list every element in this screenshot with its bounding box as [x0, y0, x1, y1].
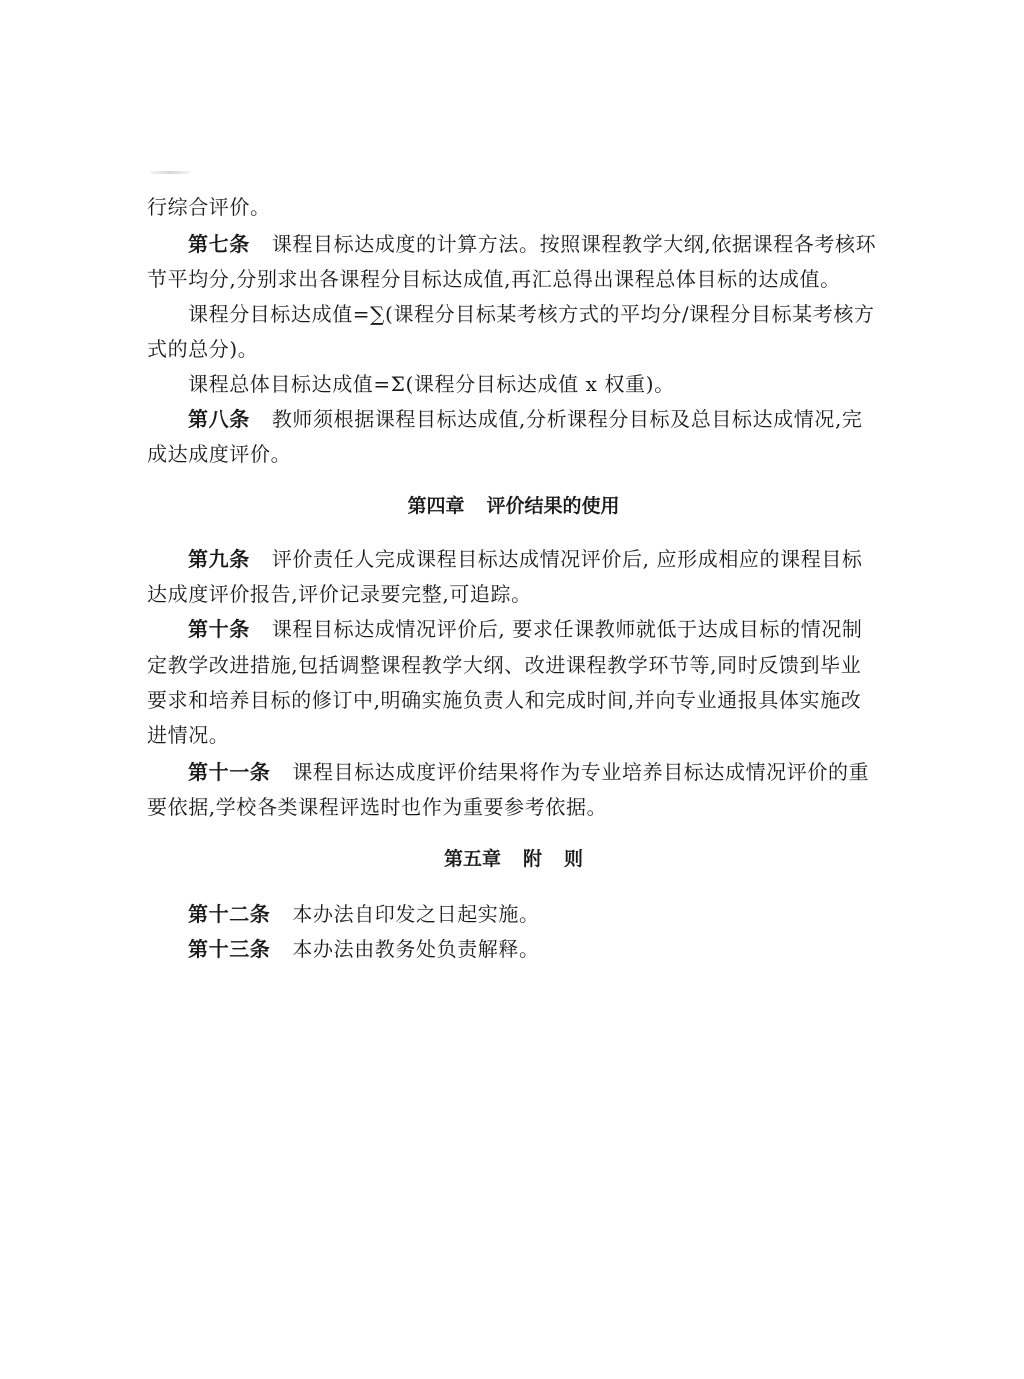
formula-line: 课程分目标达成值=∑(课程分目标某考核方式的平均分/课程分目标某考核方 [188, 300, 875, 328]
chapter-title: 则 [564, 848, 583, 870]
chapter-heading: 第五章附则 [147, 845, 880, 873]
chapter-heading: 第四章评价结果的使用 [147, 492, 880, 520]
chapter-title: 附 [523, 848, 542, 870]
paragraph-line: 定教学改进措施,包括调整课程教学大纲、改进课程教学环节等,同时反馈到毕业 [147, 651, 861, 679]
paragraph-line: 成达成度评价。 [147, 440, 291, 468]
article-13: 第十三条本办法由教务处负责解释。 [188, 935, 540, 963]
article-number: 第八条 [188, 407, 250, 431]
article-number: 第七条 [188, 232, 250, 256]
article-text: 课程目标达成情况评价后, 要求任课教师就低于达成目标的情况制 [272, 617, 863, 641]
scan-artifact [150, 171, 190, 174]
article-8: 第八条教师须根据课程目标达成值,分析课程分目标及总目标达成情况,完 [188, 405, 863, 433]
article-text: 课程目标达成度的计算方法。按照课程教学大纲,依据课程各考核环 [272, 232, 876, 256]
formula-line: 课程总体目标达成值=Σ(课程分目标达成值 x 权重)。 [188, 370, 675, 398]
article-text: 本办法自印发之日起实施。 [292, 902, 539, 926]
article-text: 本办法由教务处负责解释。 [292, 937, 539, 961]
article-number: 第十二条 [188, 902, 270, 926]
paragraph-line: 节平均分,分别求出各课程分目标达成值,再汇总得出课程总体目标的达成值。 [147, 265, 841, 293]
chapter-title: 评价结果的使用 [487, 495, 620, 517]
chapter-number: 第四章 [407, 495, 464, 517]
article-text: 课程目标达成度评价结果将作为专业培养目标达成情况评价的重 [292, 760, 869, 784]
chapter-number: 第五章 [444, 848, 501, 870]
article-number: 第十三条 [188, 937, 270, 961]
article-10: 第十条课程目标达成情况评价后, 要求任课教师就低于达成目标的情况制 [188, 615, 863, 643]
article-12: 第十二条本办法自印发之日起实施。 [188, 900, 540, 928]
article-number: 第十一条 [188, 760, 270, 784]
article-number: 第九条 [188, 547, 250, 571]
article-number: 第十条 [188, 617, 250, 641]
paragraph-line: 要求和培养目标的修订中,明确实施负责人和完成时间,并向专业通报具体实施改 [147, 686, 861, 714]
article-9: 第九条评价责任人完成课程目标达成情况评价后, 应形成相应的课程目标 [188, 545, 863, 573]
paragraph-line: 进情况。 [147, 721, 229, 749]
paragraph-line: 达成度评价报告,评价记录要完整,可追踪。 [147, 580, 532, 608]
article-text: 评价责任人完成课程目标达成情况评价后, 应形成相应的课程目标 [272, 547, 863, 571]
formula-line: 式的总分)。 [147, 335, 258, 363]
paragraph-line: 要依据,学校各类课程评选时也作为重要参考依据。 [147, 793, 607, 821]
article-7: 第七条课程目标达成度的计算方法。按照课程教学大纲,依据课程各考核环 [188, 230, 876, 258]
article-text: 教师须根据课程目标达成值,分析课程分目标及总目标达成情况,完 [272, 407, 863, 431]
paragraph-line: 行综合评价。 [147, 193, 271, 221]
article-11: 第十一条课程目标达成度评价结果将作为专业培养目标达成情况评价的重 [188, 758, 869, 786]
